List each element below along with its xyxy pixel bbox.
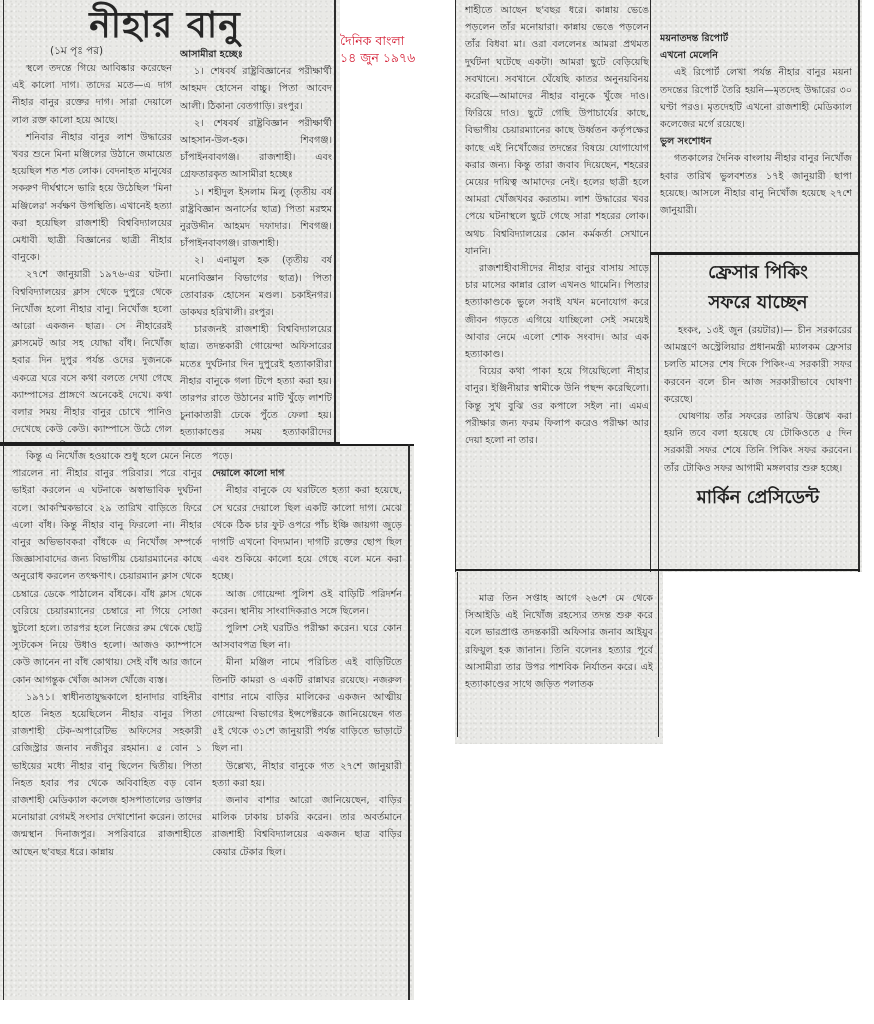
paragraph: উল্লেখ্য, নীহার বানুকে গত ২৭শে জানুয়ারী…	[212, 758, 402, 792]
paragraph: মীনা মঞ্জিল নামে পরিচিত এই বাড়িটিতে তিন…	[212, 654, 402, 757]
section-rule	[0, 444, 414, 446]
boxed-news-item: ফ্রেসার পিকিং সফরে যাচ্ছেন হংকং, ১৩ই জুন…	[664, 258, 852, 568]
paragraph: বিয়ের কথা পাকা হয়ে গিয়েছিলো নীহার বান…	[465, 363, 649, 449]
box-headline-1: ফ্রেসার পিকিং	[664, 258, 852, 288]
clipping-article-continued: কিন্তু এ নিখোঁজ হওয়াকে শুধু হলে মেনে নি…	[0, 444, 414, 1000]
paragraph: ২। শেষবর্ষ রাষ্ট্রবিজ্ঞান পরীক্ষার্থী আহ…	[180, 115, 332, 184]
paragraph: ২। এনামুল হক (তৃতীয় বর্ষ মনোবিজ্ঞান বিভ…	[180, 252, 332, 321]
article-column-2: আসামীরা হচ্ছেঃ ১। শেষবর্ষ রাষ্ট্রবিজ্ঞান…	[180, 46, 332, 446]
paragraph: আজ গোয়েন্দা পুলিশ ওই বাড়িটি পরিদর্শন ক…	[212, 586, 402, 620]
subheading: আসামীরা হচ্ছেঃ	[180, 46, 332, 63]
column-rule	[408, 444, 410, 1000]
paragraph: জনাব বাশার আরো জানিয়েছেন, বাড়ির মালিক …	[212, 792, 402, 861]
paragraph: চারজনই রাজশাহী বিশ্ববিদ্যালয়ের ছাত্র। ত…	[180, 321, 332, 446]
column-rule	[650, 0, 651, 572]
article-column-1: স্থলে তদন্তে গিয়ে আবিষ্কার করেছেন এই কা…	[12, 60, 172, 445]
paragraph: ২৭শে জানুয়ারী ১৯৭৬-এর ঘটনা। বিশ্ববিদ্যা…	[12, 266, 172, 445]
paragraph: মাত্র তিন সপ্তাহ আগে ২৬শে মে থেকে সিআইডি…	[465, 590, 653, 693]
newspaper-name: দৈনিক বাংলা	[340, 32, 440, 49]
publication-date: ১৪ জুন ১৯৭৬	[340, 49, 440, 66]
paragraph: হংকং, ১৩ই জুন (রয়টার)।— চীন সরকারের আমন…	[664, 322, 852, 408]
section-rule	[455, 569, 655, 571]
column-rule	[858, 0, 860, 572]
paragraph: ১। শেষবর্ষ রাষ্ট্রবিজ্ঞানের পরীক্ষার্থী …	[180, 63, 332, 115]
paragraph: শাহীতে আছেন ছ'বছর ধরে। কান্নায় ভেঙে পড়…	[465, 2, 649, 260]
paragraph: ১। শহীদুল ইসলাম মিলু (তৃতীয় বর্ষ রাষ্ট্…	[180, 184, 332, 253]
box-headline-2: সফরে যাচ্ছেন	[664, 288, 852, 318]
column-rule	[3, 444, 4, 1000]
column-rule	[3, 0, 4, 450]
paragraph: নীহার বানুকে যে ঘরটিতে হত্যা করা হয়েছে,…	[212, 482, 402, 585]
paragraph: ঘোষণায় তাঁর সফরের তারিখ উল্লেখ করা হয়ন…	[664, 408, 852, 477]
clipping-family-statement: শাহীতে আছেন ছ'বছর ধরে। কান্নায় ভেঙে পড়…	[455, 0, 655, 572]
column-rule	[334, 0, 336, 444]
article-column-1: কিন্তু এ নিখোঁজ হওয়াকে শুধু হলে মেনে নি…	[12, 448, 202, 996]
paragraph: ১৯৭১। স্বাধীনতাযুদ্ধকালে হানাদার বাহিনীর…	[12, 689, 202, 861]
source-caption: দৈনিক বাংলা ১৪ জুন ১৯৭৬	[340, 32, 440, 66]
clipping-investigation: মাত্র তিন সপ্তাহ আগে ২৬শে মে থেকে সিআইডি…	[455, 572, 663, 744]
paragraph: গতকালের দৈনিক বাংলায় নীহার বানুর নিখোঁজ…	[660, 150, 852, 219]
subheading: দেয়ালে কালো দাগ	[212, 465, 402, 482]
column-rule	[455, 0, 456, 572]
paragraph: পড়ে।	[212, 448, 402, 465]
box-headline-3: মার্কিন প্রেসিডেন্ট	[664, 483, 852, 513]
section-rule	[650, 569, 860, 571]
paragraph: কিন্তু এ নিখোঁজ হওয়াকে শুধু হলে মেনে নি…	[12, 448, 202, 689]
subheading: ময়নাতদন্ত রিপোর্ট	[660, 30, 852, 47]
section-rule	[650, 252, 860, 255]
paragraph: এই রিপোর্ট লেখা পর্যন্ত নীহার বানুর ময়ন…	[660, 64, 852, 133]
subheading: ভুল সংশোধন	[660, 133, 852, 150]
paragraph: স্থলে তদন্তে গিয়ে আবিষ্কার করেছেন এই কা…	[12, 60, 172, 129]
article-column: ময়নাতদন্ত রিপোর্ট এখনো মেলেনি এই রিপোর্…	[660, 30, 852, 250]
column-rule	[658, 572, 659, 737]
article-column-2: পড়ে। দেয়ালে কালো দাগ নীহার বানুকে যে ঘ…	[212, 448, 402, 996]
subheading: এখনো মেলেনি	[660, 47, 852, 64]
clipping-headline-article: নীহার বানু (১ম পৃঃ পর) স্থলে তদন্তে গিয়…	[0, 0, 340, 450]
article-column: মাত্র তিন সপ্তাহ আগে ২৬শে মে থেকে সিআইডি…	[465, 590, 653, 730]
continuation-label: (১ম পৃঃ পর)	[50, 44, 103, 61]
article-column: শাহীতে আছেন ছ'বছর ধরে। কান্নায় ভেঙে পড়…	[465, 2, 649, 567]
article-headline: নীহার বানু	[60, 4, 270, 46]
paragraph: শনিবার নীহার বানুর লাশ উদ্ধারের খবর শুনে…	[12, 129, 172, 267]
paragraph: পুলিশ সেই ঘরটিও পরীক্ষা করেন। ঘরে কোন আস…	[212, 620, 402, 654]
paragraph: রাজশাহীবাসীদের নীহার বানুর বাসায় সাড়ে …	[465, 260, 649, 363]
box-rule	[658, 255, 659, 572]
clipping-right-column: ময়নাতদন্ত রিপোর্ট এখনো মেলেনি এই রিপোর্…	[650, 0, 862, 572]
column-rule	[457, 572, 458, 737]
